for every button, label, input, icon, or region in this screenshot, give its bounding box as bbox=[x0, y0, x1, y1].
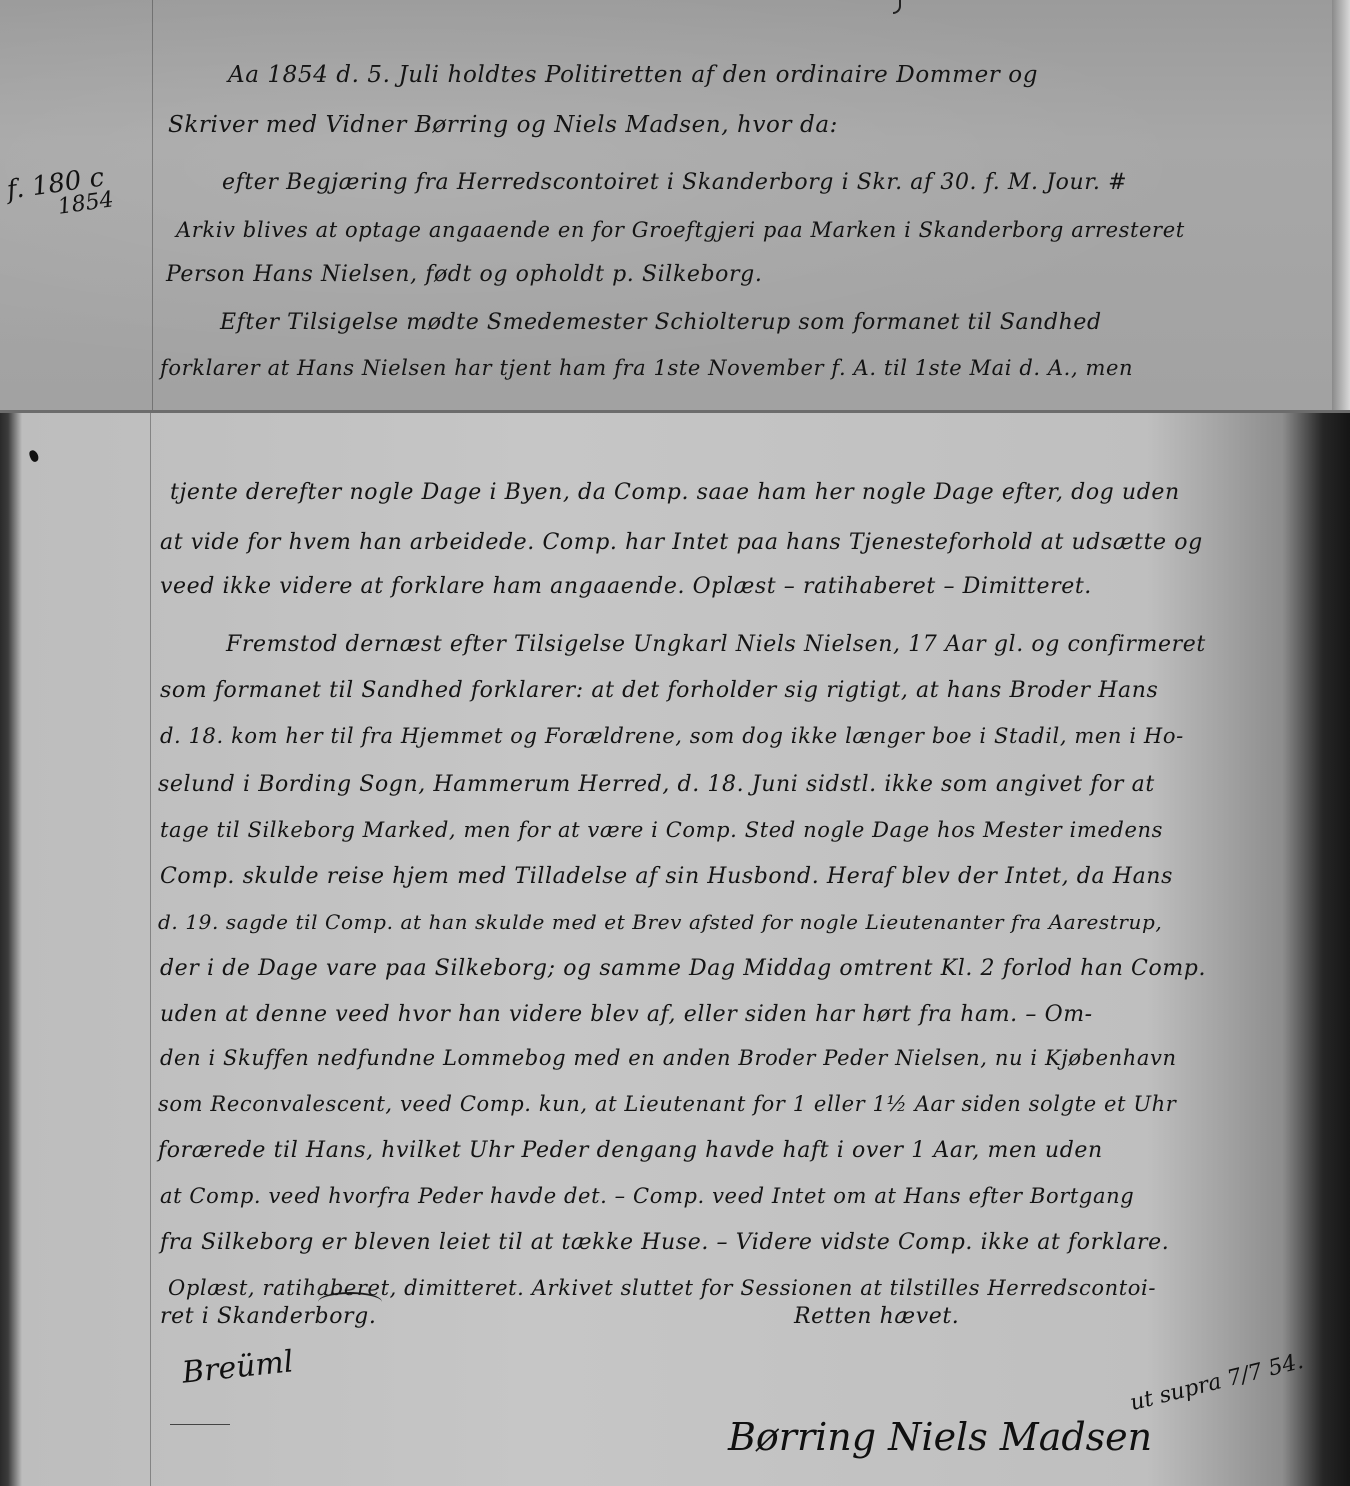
court-adjourned: Retten hævet. bbox=[794, 1304, 959, 1329]
text-line: Oplæst, ratihaberet, dimitteret. Arkivet… bbox=[168, 1276, 1156, 1300]
text-line: som Reconvalescent, veed Comp. kun, at L… bbox=[158, 1092, 1176, 1116]
text-line: Efter Tilsigelse mødte Smedemester Schio… bbox=[220, 310, 1102, 335]
text-line: fra Silkeborg er bleven leiet til at tæk… bbox=[160, 1230, 1169, 1255]
text-line: Arkiv blives at optage angaaende en for … bbox=[176, 218, 1185, 242]
text-line: at vide for hvem han arbeidede. Comp. ha… bbox=[160, 530, 1203, 555]
text-line: der i de Dage vare paa Silkeborg; og sam… bbox=[160, 956, 1206, 981]
text-line: Person Hans Nielsen, født og opholdt p. … bbox=[166, 262, 762, 287]
scan-strip-top: f. 180 c 1854 Aa 1854 d. 5. Juli holdtes… bbox=[0, 0, 1350, 410]
text-line: d. 19. sagde til Comp. at han skulde med… bbox=[158, 910, 1162, 934]
text-line: Skriver med Vidner Børring og Niels Mads… bbox=[168, 112, 838, 138]
text-line: tjente derefter nogle Dage i Byen, da Co… bbox=[170, 480, 1180, 505]
signature-dash bbox=[170, 1424, 230, 1425]
margin-rule bbox=[152, 0, 153, 410]
paraph-flourish bbox=[318, 1292, 382, 1312]
text-line: Aa 1854 d. 5. Juli holdtes Politiretten … bbox=[228, 62, 1038, 88]
text-line: at Comp. veed hvorfra Peder havde det. –… bbox=[160, 1184, 1134, 1208]
text-line: forærede til Hans, hvilket Uhr Peder den… bbox=[158, 1138, 1103, 1163]
text-line: Fremstod dernæst efter Tilsigelse Ungkar… bbox=[226, 632, 1206, 657]
text-line: den i Skuffen nedfundne Lommebog med en … bbox=[160, 1046, 1177, 1070]
text-line: d. 18. kom her til fra Hjemmet og Foræld… bbox=[160, 724, 1184, 748]
text-line: uden at denne veed hvor han videre blev … bbox=[160, 1002, 1093, 1027]
text-line: som formanet til Sandhed forklarer: at d… bbox=[160, 678, 1158, 703]
text-line: veed ikke videre at forklare ham angaaen… bbox=[160, 574, 1092, 599]
text-line: tage til Silkeborg Marked, men for at væ… bbox=[160, 818, 1163, 842]
text-line: forklarer at Hans Nielsen har tjent ham … bbox=[160, 356, 1133, 380]
text-line: Comp. skulde reise hjem med Tilladelse a… bbox=[160, 864, 1173, 889]
text-line: selund i Bording Sogn, Hammerum Herred, … bbox=[158, 772, 1155, 797]
margin-reference-note: f. 180 c 1854 bbox=[5, 158, 150, 225]
witness-signatures: Børring Niels Madsen bbox=[728, 1415, 1152, 1459]
ink-descender-fragment bbox=[893, 0, 901, 14]
margin-rule bbox=[150, 413, 151, 1486]
text-line: efter Begjæring fra Herredscontoiret i S… bbox=[222, 170, 1127, 195]
